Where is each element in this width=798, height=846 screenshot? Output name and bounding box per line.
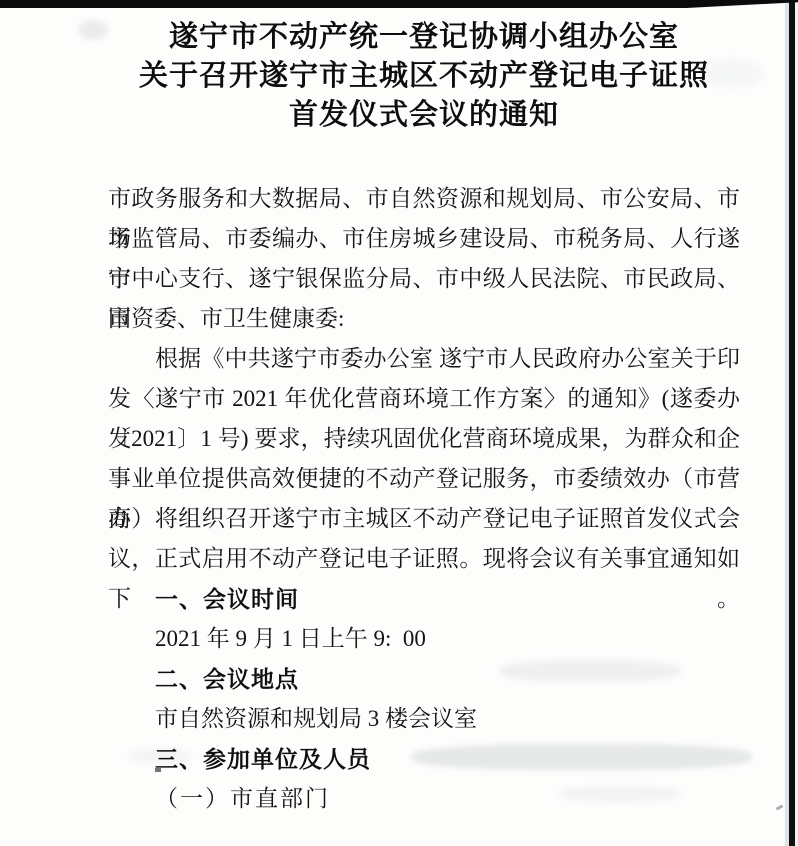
participants-subheading: （一）市直部门 <box>108 779 740 819</box>
intro-line: 〔2021〕1 号) 要求，持续巩固优化营商环境成果，为群众和企 <box>108 419 740 459</box>
document-title-line: 遂宁市不动产统一登记协调小组办公室 <box>108 18 740 57</box>
document-title-line: 关于召开遂宁市主城区不动产登记电子证照 <box>108 57 740 96</box>
meeting-location-value: 市自然资源和规划局 3 楼会议室 <box>108 699 740 739</box>
scan-top-edge <box>0 0 798 8</box>
section-meeting-location: 二、会议地点 市自然资源和规划局 3 楼会议室 <box>108 659 740 739</box>
document-title-line: 首发仪式会议的通知 <box>108 96 740 135</box>
section-heading: 三、参加单位及人员 <box>108 739 740 779</box>
intro-line: 议，正式启用不动产登记电子证照。现将会议有关事宜通知如下。 <box>108 539 740 579</box>
intro-line: 办）将组织召开遂宁市主城区不动产登记电子证照首发仪式会 <box>108 499 740 539</box>
recipients-line: 国资委、市卫生健康委: <box>108 299 740 339</box>
intro-paragraph: 根据《中共遂宁市委办公室 遂宁市人民政府办公室关于印 发〈遂宁市 2021 年优… <box>108 339 740 579</box>
section-participants: 三、参加单位及人员 （一）市直部门 <box>108 739 740 819</box>
meeting-time-value: 2021 年 9 月 1 日上午 9: 00 <box>108 619 740 659</box>
intro-line: 发〈遂宁市 2021 年优化营商环境工作方案〉的通知》(遂委办发 <box>108 379 740 419</box>
recipients-line: 市政务服务和大数据局、市自然资源和规划局、市公安局、市市 <box>108 179 740 219</box>
recipients-paragraph: 市政务服务和大数据局、市自然资源和规划局、市公安局、市市 场监管局、市委编办、市… <box>108 179 740 339</box>
intro-line: 根据《中共遂宁市委办公室 遂宁市人民政府办公室关于印 <box>108 339 740 379</box>
section-heading: 二、会议地点 <box>108 659 740 699</box>
recipients-line: 场监管局、市委编办、市住房城乡建设局、市税务局、人行遂宁 <box>108 219 740 259</box>
scan-smudge <box>78 20 108 40</box>
scan-speck <box>776 804 784 810</box>
document-title: 遂宁市不动产统一登记协调小组办公室 关于召开遂宁市主城区不动产登记电子证照 首发… <box>108 18 740 135</box>
intro-line: 事业单位提供高效便捷的不动产登记服务，市委绩效办（市营商 <box>108 459 740 499</box>
scanned-document-page: 遂宁市不动产统一登记协调小组办公室 关于召开遂宁市主城区不动产登记电子证照 首发… <box>108 0 740 819</box>
recipients-line: 市中心支行、遂宁银保监分局、市中级人民法院、市民政局、市 <box>108 259 740 299</box>
